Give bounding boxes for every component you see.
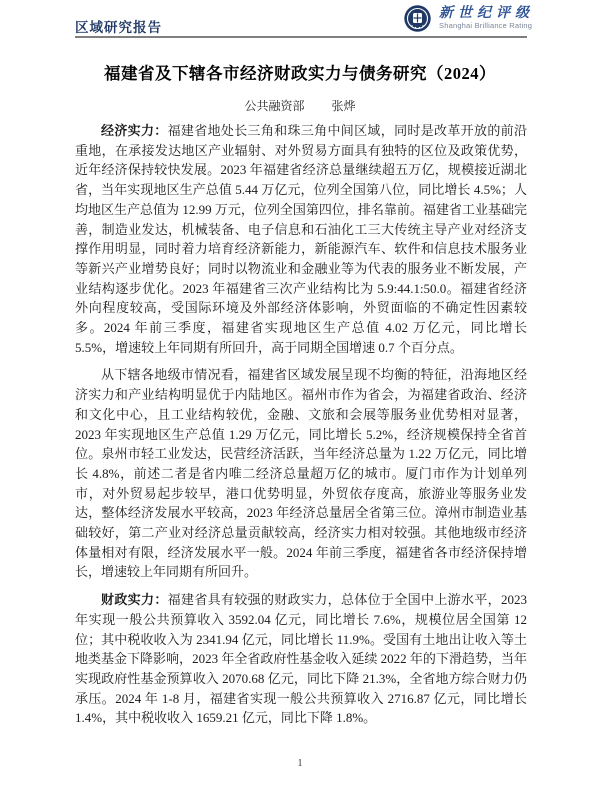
brand-name-cn: 新世纪评级 (439, 6, 534, 22)
byline: 公共融资部 张烨 (0, 97, 600, 114)
brand-logo-icon (404, 5, 431, 32)
brand-name-en: Shanghai Brilliance Rating (439, 22, 534, 31)
header-divider (75, 36, 527, 38)
paragraph-text: 福建省地处长三角和珠三角中间区域，同时是改革开放的前沿重地，在承接发达地区产业辐… (75, 123, 527, 355)
page-title: 福建省及下辖各市经济财政实力与债务研究（2024） (0, 60, 600, 84)
paragraph-city-overview: 从下辖各地级市情况看，福建省区域发展呈现不均衡的特征，沿海地区经济实力和产业结构… (75, 365, 527, 582)
page-number: 1 (0, 758, 600, 769)
report-body: 经济实力：福建省地处长三角和珠三角中间区域，同时是改革开放的前沿重地，在承接发达… (75, 121, 527, 736)
report-type-label: 区域研究报告 (75, 16, 162, 36)
paragraph-lead: 财政实力： (101, 592, 168, 607)
paragraph-lead: 经济实力： (101, 123, 168, 138)
brand-name: 新世纪评级 Shanghai Brilliance Rating (439, 6, 534, 31)
paragraph-text: 从下辖各地级市情况看，福建省区域发展呈现不均衡的特征，沿海地区经济实力和产业结构… (75, 367, 527, 579)
paragraph-fiscal-strength: 财政实力：福建省具有较强的财政实力，总体位于全国中上游水平，2023 年实现一般… (75, 590, 527, 728)
paragraph-text: 福建省具有较强的财政实力，总体位于全国中上游水平，2023 年实现一般公共预算收… (75, 592, 527, 725)
paragraph-economic-strength: 经济实力：福建省地处长三角和珠三角中间区域，同时是改革开放的前沿重地，在承接发达… (75, 121, 527, 357)
byline-department: 公共融资部 (244, 99, 304, 113)
brand-logo: 新世纪评级 Shanghai Brilliance Rating (404, 5, 534, 32)
byline-author: 张烨 (332, 99, 356, 113)
report-page: 区域研究报告 新世纪评级 Shanghai Brilliance Rating … (0, 0, 600, 800)
